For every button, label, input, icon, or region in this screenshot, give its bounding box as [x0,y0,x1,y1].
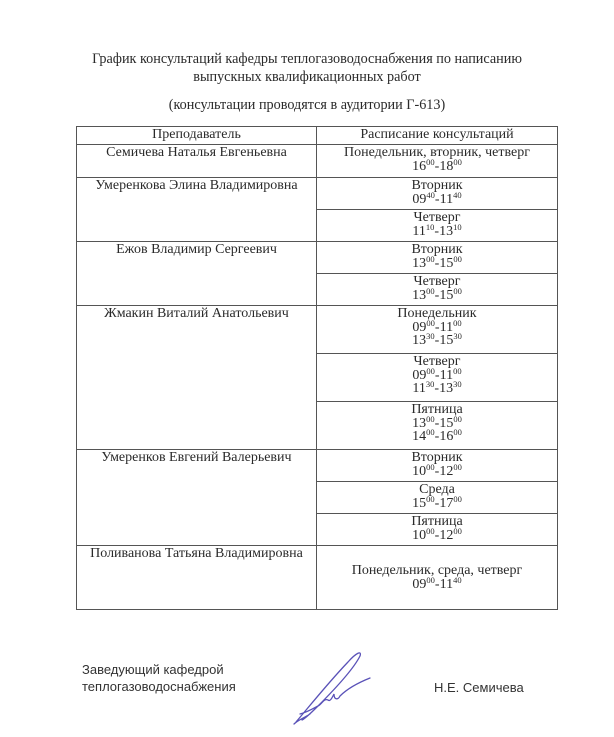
header-schedule: Расписание консультаций [317,127,558,145]
teacher-name: Семичева Наталья Евгеньевна [77,145,317,178]
table-row: Семичева Наталья ЕвгеньевнаПонедельник, … [77,145,558,178]
table-body: Семичева Наталья ЕвгеньевнаПонедельник, … [77,145,558,610]
schedule-slot: Четверг1300-1500 [317,274,558,306]
teacher-name: Умеренков Евгений Валерьевич [77,450,317,546]
schedule-slot: Понедельник0900-11001330-1530 [317,306,558,354]
slot-day: Среда [319,483,555,497]
slot-day: Вторник [319,179,555,193]
slot-day: Четверг [319,355,555,369]
slot-day: Четверг [319,275,555,289]
schedule-slot: Пятница1300-15001400-1600 [317,402,558,450]
slot-time: 0900-1100 [319,321,555,335]
slot-day: Вторник [319,243,555,257]
slot-time: 1400-1600 [319,430,555,444]
table-row: Ежов Владимир СергеевичВторник1300-1500 [77,242,558,274]
document-subtitle: (консультации проводятся в аудитории Г-6… [0,96,614,114]
schedule-slot: Вторник1000-1200 [317,450,558,482]
slot-day: Понедельник, вторник, четверг [319,146,555,160]
footer-position-line2: теплогазоводоснабжения [82,678,236,695]
slot-day: Четверг [319,211,555,225]
slot-time: 1000-1200 [319,465,555,479]
slot-time: 1600-1800 [319,160,555,174]
slot-time: 1330-1530 [319,334,555,348]
table-row: Умеренкова Элина ВладимировнаВторник0940… [77,178,558,210]
schedule-slot: Пятница1000-1200 [317,514,558,546]
signatory-name: Н.Е. Семичева [434,680,524,695]
slot-time: 0900-1140 [319,578,555,592]
footer-position: Заведующий кафедрой теплогазоводоснабжен… [82,661,236,695]
schedule-slot: Среда1500-1700 [317,482,558,514]
table-row: Умеренков Евгений ВалерьевичВторник1000-… [77,450,558,482]
document-title-line2: выпускных квалификационных работ [0,68,614,86]
slot-day: Понедельник [319,307,555,321]
schedule-slot: Вторник1300-1500 [317,242,558,274]
slot-time: 1130-1330 [319,382,555,396]
schedule-slot: Четверг0900-11001130-1330 [317,354,558,402]
schedule-slot: Понедельник, вторник, четверг1600-1800 [317,145,558,178]
slot-time: 1300-1500 [319,289,555,303]
teacher-name: Ежов Владимир Сергеевич [77,242,317,306]
schedule-slot: Четверг1110-1310 [317,210,558,242]
table-row: Жмакин Виталий АнатольевичПонедельник090… [77,306,558,354]
teacher-name: Жмакин Виталий Анатольевич [77,306,317,450]
teacher-name: Умеренкова Элина Владимировна [77,178,317,242]
footer-position-line1: Заведующий кафедрой [82,661,236,678]
slot-time: 1000-1200 [319,529,555,543]
signature-image [288,648,378,726]
schedule-slot: Вторник0940-1140 [317,178,558,210]
document-title-line1: График консультаций кафедры теплогазовод… [0,50,614,68]
slot-time: 1500-1700 [319,497,555,511]
table-header-row: Преподаватель Расписание консультаций [77,127,558,145]
slot-day: Вторник [319,451,555,465]
consultation-schedule-table: Преподаватель Расписание консультаций Се… [76,126,558,610]
header-teacher: Преподаватель [77,127,317,145]
schedule-slot: Понедельник, среда, четверг0900-1140 [317,546,558,610]
slot-time: 0940-1140 [319,193,555,207]
slot-day: Пятница [319,403,555,417]
slot-day: Пятница [319,515,555,529]
slot-time: 0900-1100 [319,369,555,383]
slot-time: 1300-1500 [319,417,555,431]
slot-day: Понедельник, среда, четверг [319,564,555,578]
slot-time: 1110-1310 [319,225,555,239]
table-row: Поливанова Татьяна ВладимировнаПонедельн… [77,546,558,610]
teacher-name: Поливанова Татьяна Владимировна [77,546,317,610]
slot-time: 1300-1500 [319,257,555,271]
